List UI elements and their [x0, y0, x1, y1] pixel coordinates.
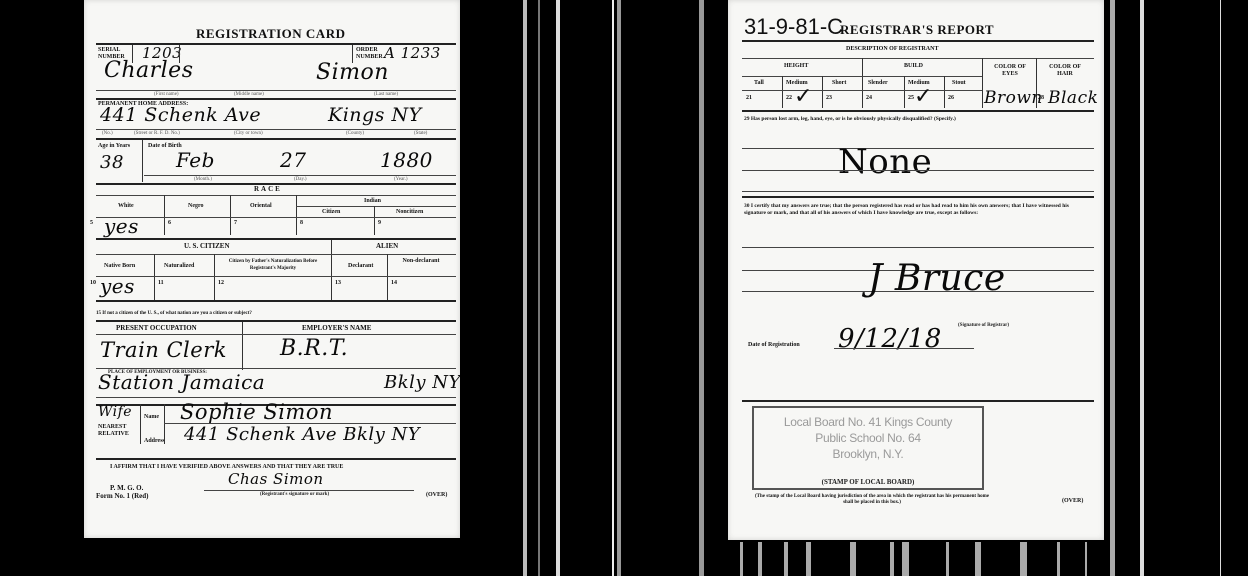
film-streak: [1110, 0, 1115, 576]
caption: (Day.): [294, 177, 307, 182]
order-label: ORDER NUMBER: [356, 47, 382, 61]
first-name: Charles: [104, 58, 193, 83]
caption: (Month.): [194, 177, 212, 182]
field-number: 5: [90, 220, 93, 226]
caption: (No.): [102, 131, 113, 136]
field-number: 13: [335, 280, 341, 286]
q29-value: None: [838, 142, 932, 182]
race-col-negro: Negro: [188, 203, 204, 209]
build-medium-checkmark-icon: ✓: [914, 84, 932, 109]
home-address-street: 441 Schenk Ave: [100, 104, 261, 126]
field-number: 14: [391, 280, 397, 286]
age-label: Age in Years: [98, 143, 130, 149]
employer-value: B.R.T.: [280, 336, 348, 361]
registration-date-label: Date of Registration: [748, 342, 800, 348]
q29-label: 29 Has person lost arm, leg, hand, eye, …: [744, 116, 1092, 123]
relative-name-label: Name: [144, 414, 159, 420]
caption: (City or town): [234, 131, 263, 136]
relative-name: Sophie Simon: [180, 400, 333, 424]
relation-value: Wife: [98, 404, 132, 420]
field-number: 24: [866, 95, 872, 101]
cit-col-naturalized: Naturalized: [164, 263, 194, 269]
form-id-2: Form No. 1 (Red): [96, 492, 149, 500]
card-title: REGISTRATION CARD: [196, 26, 345, 42]
film-streak: [556, 0, 560, 576]
film-streak: [523, 0, 527, 576]
field-number: 9: [378, 220, 381, 226]
height-medium-checkmark-icon: ✓: [794, 84, 812, 109]
film-streak: [617, 0, 621, 576]
race-col-white: White: [118, 203, 134, 209]
field-number: 7: [234, 220, 237, 226]
home-address-city: Kings NY: [328, 104, 422, 126]
race-col-oriental: Oriental: [250, 203, 272, 209]
relative-address-label: Address: [144, 438, 165, 444]
race-white-value: yes: [104, 214, 139, 238]
field-number: 23: [826, 95, 832, 101]
race-col-indian-citizen: Citizen: [322, 209, 340, 215]
field-number: 28: [1038, 95, 1044, 101]
stamp-line: Brooklyn, N.Y.: [754, 446, 982, 462]
build-col-stout: Stout: [952, 80, 966, 86]
hair-header: COLOR OF HAIR: [1044, 64, 1086, 78]
caption: (Year.): [394, 177, 408, 182]
caption: (State): [414, 131, 427, 136]
race-col-indian-noncitizen: Noncitizen: [396, 209, 423, 215]
last-name: Simon: [316, 60, 389, 85]
stamp-line: Public School No. 64: [754, 430, 982, 446]
registration-date-value: 9/12/18: [838, 324, 942, 354]
registrar-caption: (Signature of Registrar): [958, 323, 1009, 328]
stamp-line: Local Board No. 41 Kings County: [754, 414, 982, 430]
caption: (First name): [154, 92, 179, 97]
hair-color-value: Black: [1048, 88, 1098, 108]
q15-label: 15 If not a citizen of the U. S., of wha…: [96, 311, 252, 316]
field-number: 26: [948, 95, 954, 101]
description-header: DESCRIPTION OF REGISTRANT: [846, 46, 938, 52]
build-header: BUILD: [904, 63, 923, 69]
alien-header: ALIEN: [376, 242, 398, 250]
field-number: 8: [300, 220, 303, 226]
height-header: HEIGHT: [784, 63, 808, 69]
caption: (County): [346, 131, 364, 136]
stamp-label: (STAMP OF LOCAL BOARD): [754, 478, 982, 486]
employment-place-value: Station Jamaica: [98, 370, 265, 394]
occupation-label: PRESENT OCCUPATION: [116, 324, 197, 332]
race-header: RACE: [254, 185, 282, 193]
us-citizen-header: U. S. CITIZEN: [184, 242, 230, 250]
registration-card-back: 31-9-81-C REGISTRAR'S REPORT DESCRIPTION…: [728, 0, 1104, 540]
age-value: 38: [100, 152, 124, 173]
field-number: 11: [158, 280, 164, 286]
height-col-tall: Tall: [754, 80, 764, 86]
cit-col-nondeclarant: Non-declarant: [396, 258, 446, 265]
film-streak: [612, 0, 614, 576]
field-number: 6: [168, 220, 171, 226]
relative-address: 441 Schenk Ave Bkly NY: [184, 424, 420, 445]
back-over-label: (OVER): [1062, 498, 1083, 504]
over-label: (OVER): [426, 492, 447, 498]
film-streak: [699, 0, 704, 576]
height-col-short: Short: [832, 80, 846, 86]
stamped-number: 31-9-81-C: [744, 14, 843, 40]
film-streak: [538, 0, 540, 576]
eye-color-value: Brown: [984, 88, 1043, 108]
cit-col-native: Native Born: [104, 263, 135, 269]
dob-day: 27: [280, 148, 306, 172]
caption: (Street or R. F. D. No.): [134, 131, 180, 136]
race-col-indian: Indian: [364, 198, 381, 204]
form-id-1: P. M. G. O.: [110, 484, 143, 492]
field-number: 12: [218, 280, 224, 286]
occupation-value: Train Clerk: [100, 338, 227, 362]
film-streak: [1140, 0, 1144, 576]
cit-col-fathers-naturalization: Citizen by Father's Naturalization Befor…: [220, 258, 326, 272]
caption: (Middle name): [234, 92, 264, 97]
employer-label: EMPLOYER'S NAME: [302, 324, 371, 332]
build-col-slender: Slender: [868, 80, 888, 86]
dob-month: Feb: [176, 148, 215, 172]
employment-place-county: Bkly NY: [384, 372, 460, 393]
local-board-stamp: Local Board No. 41 Kings County Public S…: [752, 406, 984, 490]
field-number: 22: [786, 95, 792, 101]
film-edge-strip: [720, 542, 1120, 576]
order-value: A 1233: [384, 44, 441, 62]
caption: (Last name): [374, 92, 398, 97]
dob-year: 1880: [380, 148, 433, 172]
cit-col-declarant: Declarant: [348, 263, 373, 269]
native-born-value: yes: [100, 274, 135, 298]
registration-card-front: REGISTRATION CARD SERIAL NUMBER 1203 ORD…: [84, 0, 460, 538]
q30-label: 30 I certify that my answers are true; t…: [744, 203, 1092, 217]
signature-caption: (Registrant's signature or mark): [260, 492, 329, 497]
registrant-signature: Chas Simon: [228, 470, 324, 488]
film-streak: [1220, 0, 1221, 576]
eyes-header: COLOR OF EYES: [990, 64, 1030, 78]
nearest-relative-label: NEAREST RELATIVE: [98, 424, 138, 438]
stamp-note: (The stamp of the Local Board having jur…: [752, 494, 992, 506]
field-number: 10: [90, 280, 96, 286]
field-number: 21: [746, 95, 752, 101]
registrar-signature: J Bruce: [868, 258, 1006, 299]
registrar-report-title: REGISTRAR'S REPORT: [840, 22, 994, 38]
